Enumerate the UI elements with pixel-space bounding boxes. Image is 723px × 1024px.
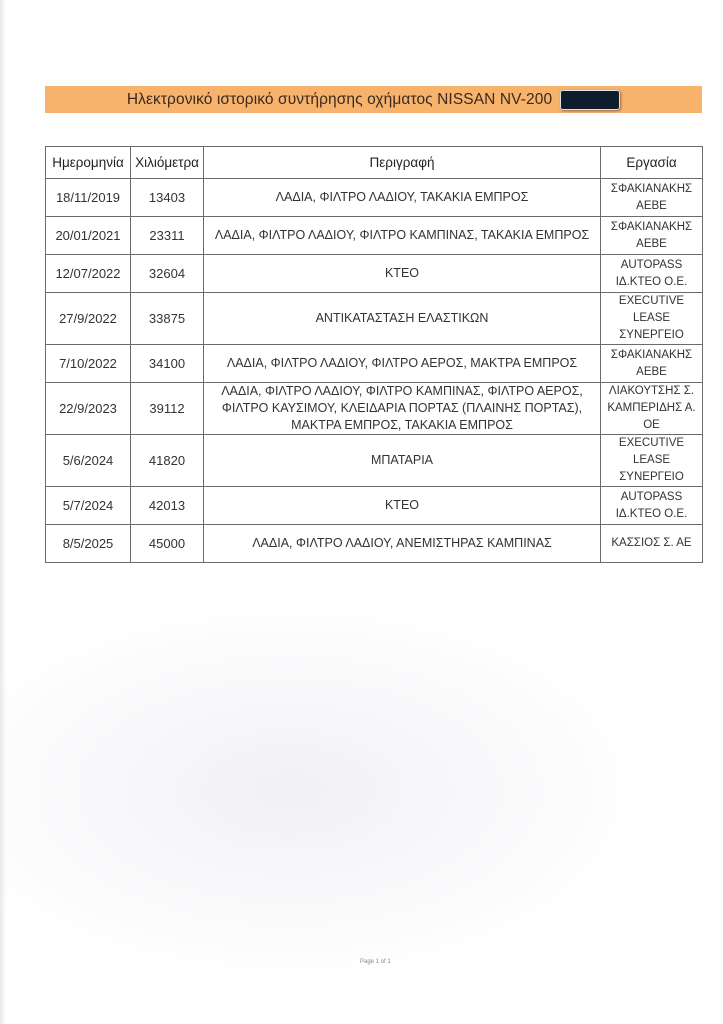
cell-workshop: ΣΦΑΚΙΑΝΑΚΗΣΑΕΒΕ bbox=[601, 345, 703, 383]
cell-description: ΛΑΔΙΑ, ΦΙΛΤΡΟ ΛΑΔΙΟΥ, ΑΝΕΜΙΣΤΗΡΑΣ ΚΑΜΠΙΝ… bbox=[204, 525, 601, 563]
cell-description: ΛΑΔΙΑ, ΦΙΛΤΡΟ ΛΑΔΙΟΥ, ΦΙΛΤΡΟ ΚΑΜΠΙΝΑΣ, Τ… bbox=[204, 217, 601, 255]
table-header-row: Ημερομηνία Χιλιόμετρα Περιγραφή Εργασία bbox=[46, 147, 703, 179]
cell-km: 23311 bbox=[131, 217, 204, 255]
workshop-line: ΣΦΑΚΙΑΝΑΚΗΣ bbox=[602, 181, 701, 198]
table-row: 20/01/2021 23311 ΛΑΔΙΑ, ΦΙΛΤΡΟ ΛΑΔΙΟΥ, Φ… bbox=[46, 217, 703, 255]
table-row: 12/07/2022 32604 ΚΤΕΟ AUTOPASSΙΔ.ΚΤΕΟ Ο.… bbox=[46, 255, 703, 293]
cell-date: 12/07/2022 bbox=[46, 255, 131, 293]
cell-date: 22/9/2023 bbox=[46, 383, 131, 435]
cell-date: 5/7/2024 bbox=[46, 487, 131, 525]
cell-description: ΛΑΔΙΑ, ΦΙΛΤΡΟ ΛΑΔΙΟΥ, ΦΙΛΤΡΟ ΑΕΡΟΣ, ΜΑΚΤ… bbox=[204, 345, 601, 383]
cell-date: 20/01/2021 bbox=[46, 217, 131, 255]
scan-edge bbox=[0, 0, 6, 1024]
header-description: Περιγραφή bbox=[204, 147, 601, 179]
document-title: Ηλεκτρονικό ιστορικό συντήρησης οχήματος… bbox=[127, 91, 552, 109]
cell-workshop: EXECUTIVELEASE ΣΥΝΕΡΓΕΙΟ bbox=[601, 293, 703, 345]
cell-km: 13403 bbox=[131, 179, 204, 217]
header-km: Χιλιόμετρα bbox=[131, 147, 204, 179]
workshop-line: AUTOPASS bbox=[602, 489, 701, 506]
cell-workshop: AUTOPASSΙΔ.ΚΤΕΟ Ο.Ε. bbox=[601, 487, 703, 525]
cell-workshop: EXECUTIVELEASE ΣΥΝΕΡΓΕΙΟ bbox=[601, 435, 703, 487]
cell-workshop: ΣΦΑΚΙΑΝΑΚΗΣΑΕΒΕ bbox=[601, 217, 703, 255]
workshop-line: ΑΕΒΕ bbox=[602, 364, 701, 381]
workshop-line: ΟΕ bbox=[602, 417, 701, 434]
table-row: 27/9/2022 33875 ΑΝΤΙΚΑΤΑΣΤΑΣΗ ΕΛΑΣΤΙΚΩΝ … bbox=[46, 293, 703, 345]
cell-km: 42013 bbox=[131, 487, 204, 525]
workshop-line: ΚΑΣΣΙΟΣ Σ. ΑΕ bbox=[602, 535, 701, 552]
workshop-line: EXECUTIVE bbox=[602, 435, 701, 452]
workshop-line: ΙΔ.ΚΤΕΟ Ο.Ε. bbox=[602, 506, 701, 523]
workshop-line: AUTOPASS bbox=[602, 257, 701, 274]
cell-km: 39112 bbox=[131, 383, 204, 435]
workshop-line: ΑΕΒΕ bbox=[602, 198, 701, 215]
workshop-line: ΣΦΑΚΙΑΝΑΚΗΣ bbox=[602, 219, 701, 236]
table-row: 5/7/2024 42013 ΚΤΕΟ AUTOPASSΙΔ.ΚΤΕΟ Ο.Ε. bbox=[46, 487, 703, 525]
cell-description: ΚΤΕΟ bbox=[204, 255, 601, 293]
cell-workshop: ΚΑΣΣΙΟΣ Σ. ΑΕ bbox=[601, 525, 703, 563]
workshop-line: ΛΙΑΚΟΥΤΣΗΣ Σ. bbox=[602, 383, 701, 400]
cell-date: 7/10/2022 bbox=[46, 345, 131, 383]
workshop-line: ΣΦΑΚΙΑΝΑΚΗΣ bbox=[602, 347, 701, 364]
page-number: Page 1 of 1 bbox=[360, 959, 391, 965]
cell-description: ΚΤΕΟ bbox=[204, 487, 601, 525]
cell-date: 27/9/2022 bbox=[46, 293, 131, 345]
cell-workshop: AUTOPASSΙΔ.ΚΤΕΟ Ο.Ε. bbox=[601, 255, 703, 293]
description-line: ΜΑΚΤΡΑ ΕΜΠΡΟΣ, ΤΑΚΑΚΙΑ ΕΜΠΡΟΣ bbox=[207, 417, 597, 434]
cell-date: 18/11/2019 bbox=[46, 179, 131, 217]
maintenance-history-table: Ημερομηνία Χιλιόμετρα Περιγραφή Εργασία … bbox=[45, 146, 703, 563]
cell-description: ΛΑΔΙΑ, ΦΙΛΤΡΟ ΛΑΔΙΟΥ, ΦΙΛΤΡΟ ΚΑΜΠΙΝΑΣ, Φ… bbox=[204, 383, 601, 435]
workshop-line: LEASE ΣΥΝΕΡΓΕΙΟ bbox=[602, 452, 701, 486]
cell-description: ΑΝΤΙΚΑΤΑΣΤΑΣΗ ΕΛΑΣΤΙΚΩΝ bbox=[204, 293, 601, 345]
table-row: 7/10/2022 34100 ΛΑΔΙΑ, ΦΙΛΤΡΟ ΛΑΔΙΟΥ, ΦΙ… bbox=[46, 345, 703, 383]
table-row: 5/6/2024 41820 ΜΠΑΤΑΡΙΑ EXECUTIVELEASE Σ… bbox=[46, 435, 703, 487]
cell-workshop: ΣΦΑΚΙΑΝΑΚΗΣΑΕΒΕ bbox=[601, 179, 703, 217]
cell-km: 34100 bbox=[131, 345, 204, 383]
cell-km: 32604 bbox=[131, 255, 204, 293]
cell-date: 8/5/2025 bbox=[46, 525, 131, 563]
workshop-line: EXECUTIVE bbox=[602, 293, 701, 310]
table-row: 18/11/2019 13403 ΛΑΔΙΑ, ΦΙΛΤΡΟ ΛΑΔΙΟΥ, Τ… bbox=[46, 179, 703, 217]
table-row: 22/9/2023 39112 ΛΑΔΙΑ, ΦΙΛΤΡΟ ΛΑΔΙΟΥ, ΦΙ… bbox=[46, 383, 703, 435]
workshop-line: ΚΑΜΠΕΡΙΔΗΣ Α. bbox=[602, 400, 701, 417]
redacted-plate-box bbox=[560, 90, 620, 110]
header-workshop: Εργασία bbox=[601, 147, 703, 179]
cell-description: ΜΠΑΤΑΡΙΑ bbox=[204, 435, 601, 487]
description-line: ΦΙΛΤΡΟ ΚΑΥΣΙΜΟΥ, ΚΛΕΙΔΑΡΙΑ ΠΟΡΤΑΣ (ΠΛΑΙΝ… bbox=[207, 400, 597, 417]
cell-description: ΛΑΔΙΑ, ΦΙΛΤΡΟ ΛΑΔΙΟΥ, ΤΑΚΑΚΙΑ ΕΜΠΡΟΣ bbox=[204, 179, 601, 217]
cell-km: 41820 bbox=[131, 435, 204, 487]
document-title-bar: Ηλεκτρονικό ιστορικό συντήρησης οχήματος… bbox=[45, 86, 702, 113]
cell-km: 33875 bbox=[131, 293, 204, 345]
workshop-line: ΙΔ.ΚΤΕΟ Ο.Ε. bbox=[602, 274, 701, 291]
scan-shading bbox=[0, 560, 723, 980]
description-line: ΛΑΔΙΑ, ΦΙΛΤΡΟ ΛΑΔΙΟΥ, ΦΙΛΤΡΟ ΚΑΜΠΙΝΑΣ, Φ… bbox=[207, 383, 597, 400]
cell-date: 5/6/2024 bbox=[46, 435, 131, 487]
table-row: 8/5/2025 45000 ΛΑΔΙΑ, ΦΙΛΤΡΟ ΛΑΔΙΟΥ, ΑΝΕ… bbox=[46, 525, 703, 563]
cell-workshop: ΛΙΑΚΟΥΤΣΗΣ Σ.ΚΑΜΠΕΡΙΔΗΣ Α.ΟΕ bbox=[601, 383, 703, 435]
workshop-line: ΑΕΒΕ bbox=[602, 236, 701, 253]
workshop-line: LEASE ΣΥΝΕΡΓΕΙΟ bbox=[602, 310, 701, 344]
header-date: Ημερομηνία bbox=[46, 147, 131, 179]
cell-km: 45000 bbox=[131, 525, 204, 563]
